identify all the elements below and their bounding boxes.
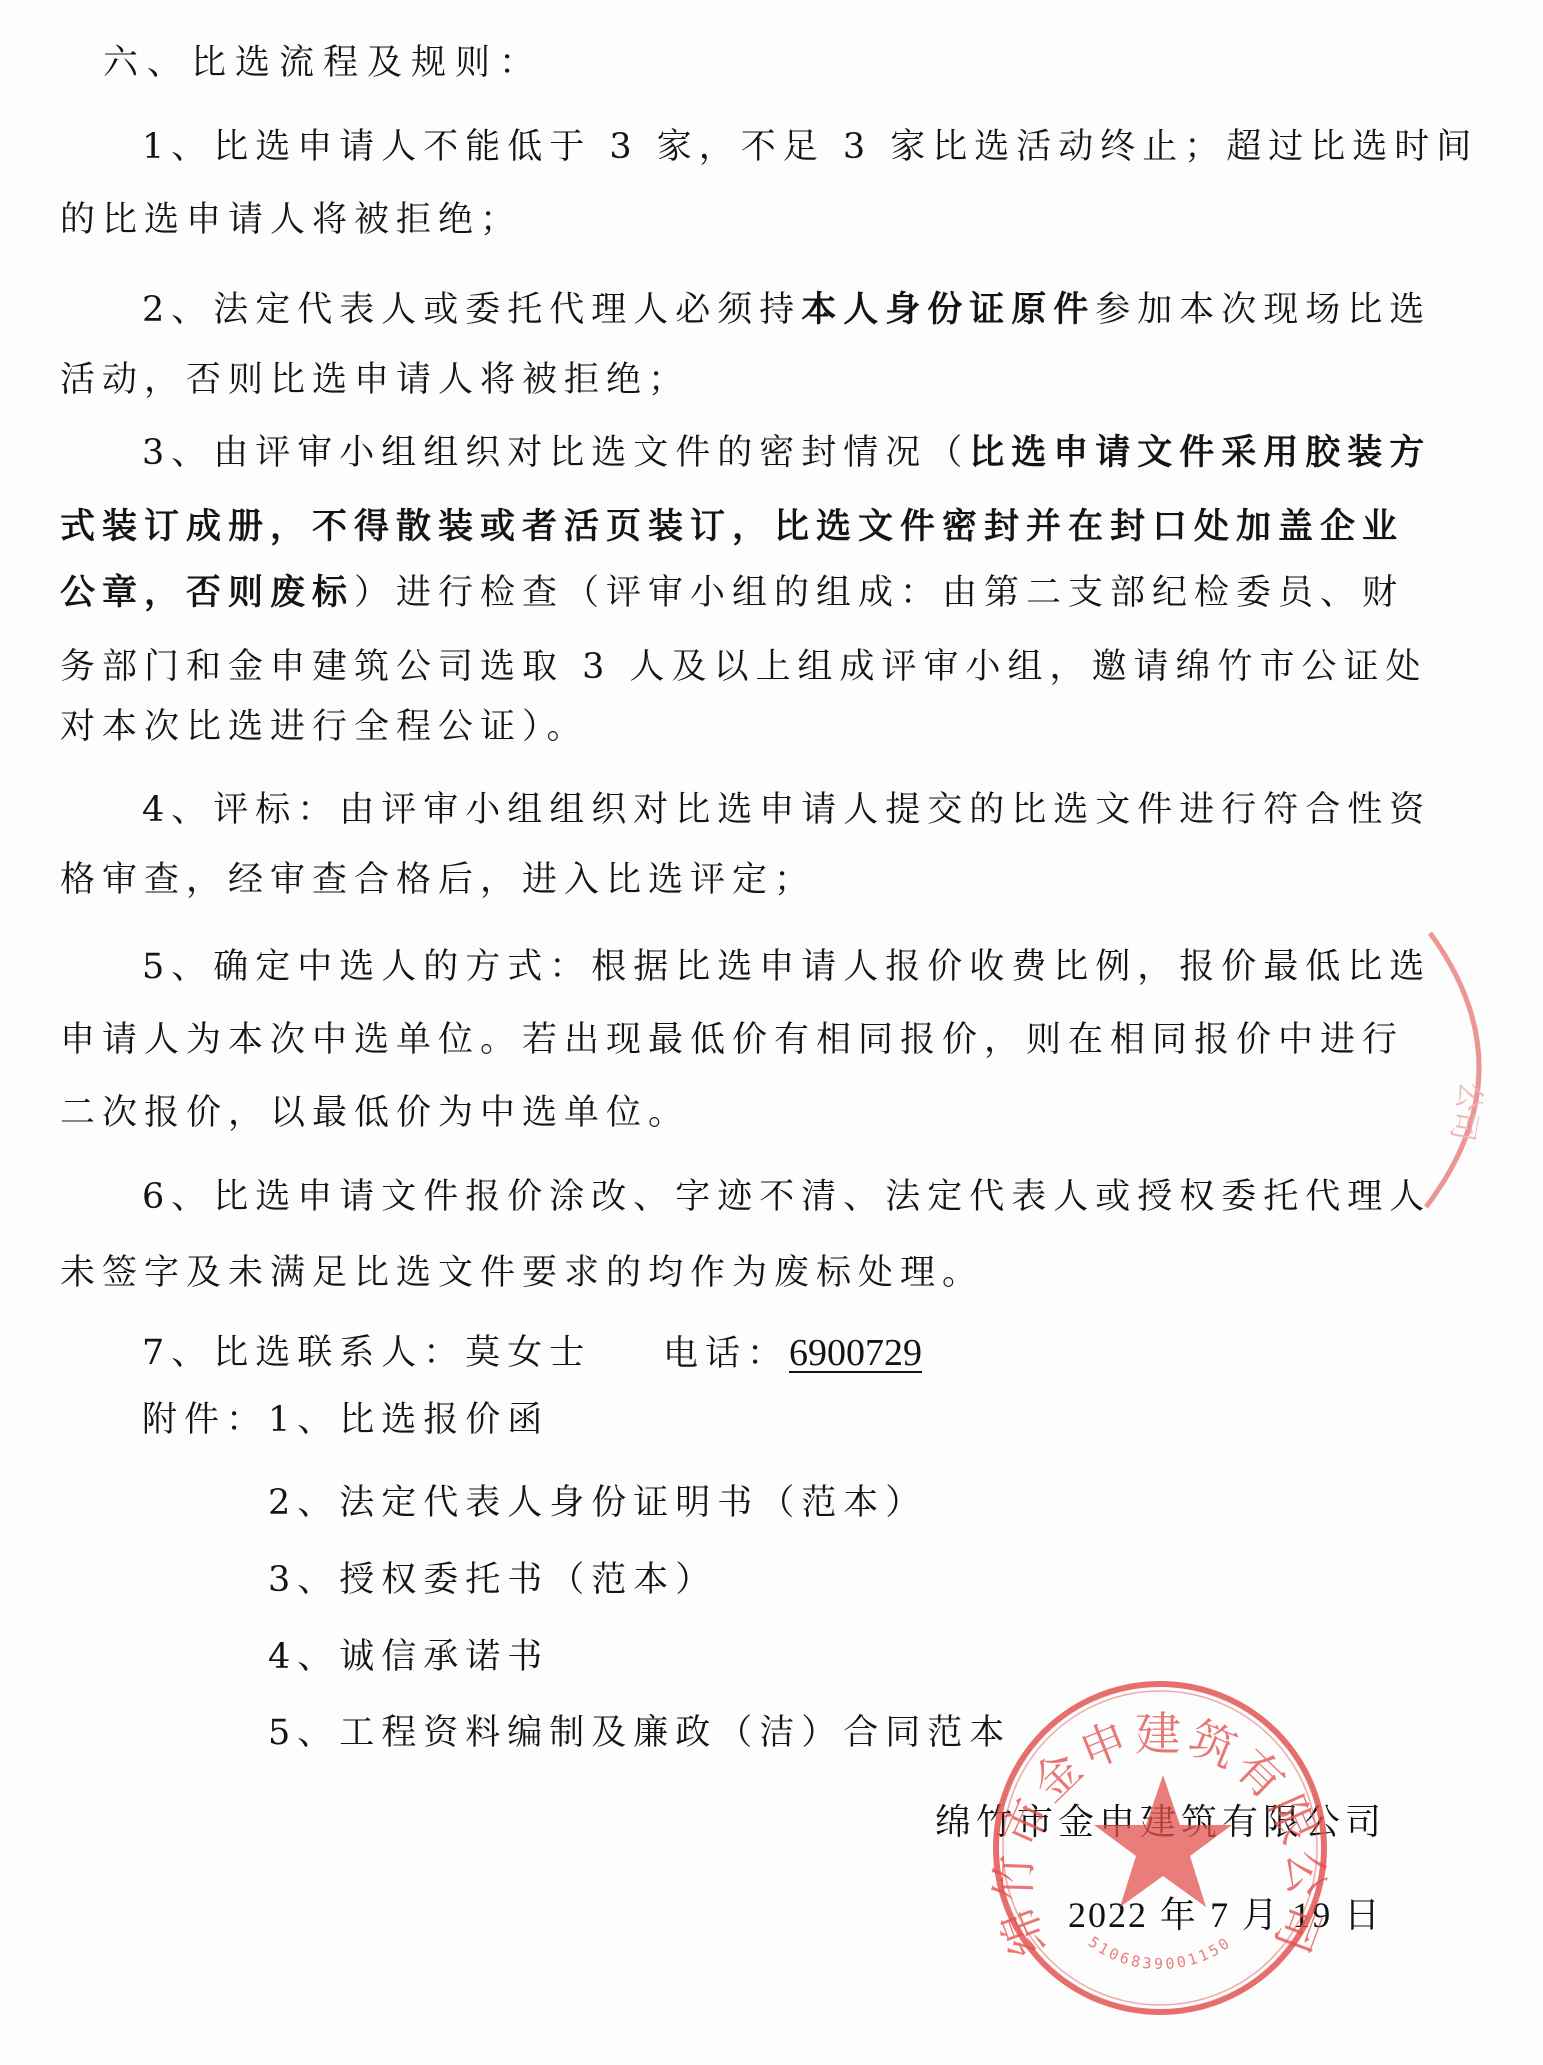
rule-2-line-1: 2、法定代表人或委托代理人必须持本人身份证原件参加本次现场比选: [142, 288, 1390, 332]
phone-number: 6900729: [789, 1332, 922, 1374]
seal-code-text: 5106839001150: [1085, 1933, 1235, 1973]
rule-3-text-cont: ）进行检查（评审小组的组成：由第二支部纪检委员、财: [354, 573, 1404, 613]
rule-4-line-2: 格审查，经审查合格后，进入比选评定；: [60, 858, 816, 902]
attachment-item-5: 5、工程资料编制及廉政（洁）合同范本: [268, 1711, 1011, 1755]
rule-2-text-cont: 参加本次现场比选: [1095, 290, 1431, 330]
rule-6-line-2: 未签字及未满足比选文件要求的均作为废标处理。: [60, 1251, 984, 1295]
rule-3-bold-text-2: 公章，否则废标: [60, 572, 354, 613]
rule-3-line-4: 务部门和金申建筑公司选取 3 人及以上组成评审小组，邀请绵竹市公证处: [60, 645, 1390, 689]
rule-4-line-1: 4、评标：由评审小组组织对比选申请人提交的比选文件进行符合性资: [142, 788, 1390, 832]
rule-2-line-2: 活动，否则比选申请人将被拒绝；: [60, 358, 690, 402]
edge-seal-text: 公司: [1444, 1079, 1489, 1144]
phone-label: 电话：: [663, 1334, 789, 1374]
attachment-item-1: 1、比选报价函: [268, 1398, 549, 1442]
contact-person: 7、比选联系人：莫女士: [142, 1331, 591, 1375]
rule-3-line-1: 3、由评审小组组织对比选文件的密封情况（比选申请文件采用胶装方: [142, 431, 1390, 475]
edge-seal-fragment-icon: 公司: [1426, 933, 1489, 1207]
rule-1-line-1: 1、比选申请人不能低于 3 家，不足 3 家比选活动终止；超过比选时间: [142, 125, 1390, 169]
rule-6-line-1: 6、比选申请文件报价涂改、字迹不清、法定代表人或授权委托代理人: [142, 1175, 1390, 1219]
rule-3-text: 3、由评审小组组织对比选文件的密封情况（: [142, 433, 969, 473]
attachment-item-4: 4、诚信承诺书: [268, 1635, 549, 1679]
rule-3-line-2: 式装订成册，不得散装或者活页装订，比选文件密封并在封口处加盖企业: [60, 505, 1390, 549]
rule-3-line-3: 公章，否则废标）进行检查（评审小组的组成：由第二支部纪检委员、财: [60, 571, 1390, 615]
document-page: 六、比选流程及规则： 1、比选申请人不能低于 3 家，不足 3 家比选活动终止；…: [0, 0, 1543, 2065]
attachments-label: 附件：: [142, 1398, 268, 1442]
svg-text:5106839001150: 5106839001150: [1085, 1933, 1235, 1973]
rule-1-line-2: 的比选申请人将被拒绝；: [60, 198, 522, 242]
contact-phone: 电话：6900729: [663, 1331, 922, 1375]
rule-3-line-5: 对本次比选进行全程公证）。: [60, 705, 589, 749]
rule-2-bold-text: 本人身份证原件: [801, 289, 1095, 330]
rule-5-line-3: 二次报价，以最低价为中选单位。: [60, 1091, 690, 1135]
attachment-item-2: 2、法定代表人身份证明书（范本）: [268, 1481, 927, 1525]
rule-5-line-2: 申请人为本次中选单位。若出现最低价有相同报价，则在相同报价中进行: [60, 1018, 1390, 1062]
company-name: 绵竹市金申建筑有限公司: [935, 1800, 1382, 1844]
signature-date: 2022 年 7 月 19 日: [1068, 1893, 1382, 1937]
attachment-item-3: 3、授权委托书（范本）: [268, 1558, 717, 1602]
rule-5-line-1: 5、确定中选人的方式：根据比选申请人报价收费比例，报价最低比选: [142, 945, 1390, 989]
section-heading: 六、比选流程及规则：: [103, 41, 543, 85]
rule-2-text: 2、法定代表人或委托代理人必须持: [142, 290, 801, 330]
rule-3-bold-text: 比选申请文件采用胶装方: [969, 432, 1431, 473]
